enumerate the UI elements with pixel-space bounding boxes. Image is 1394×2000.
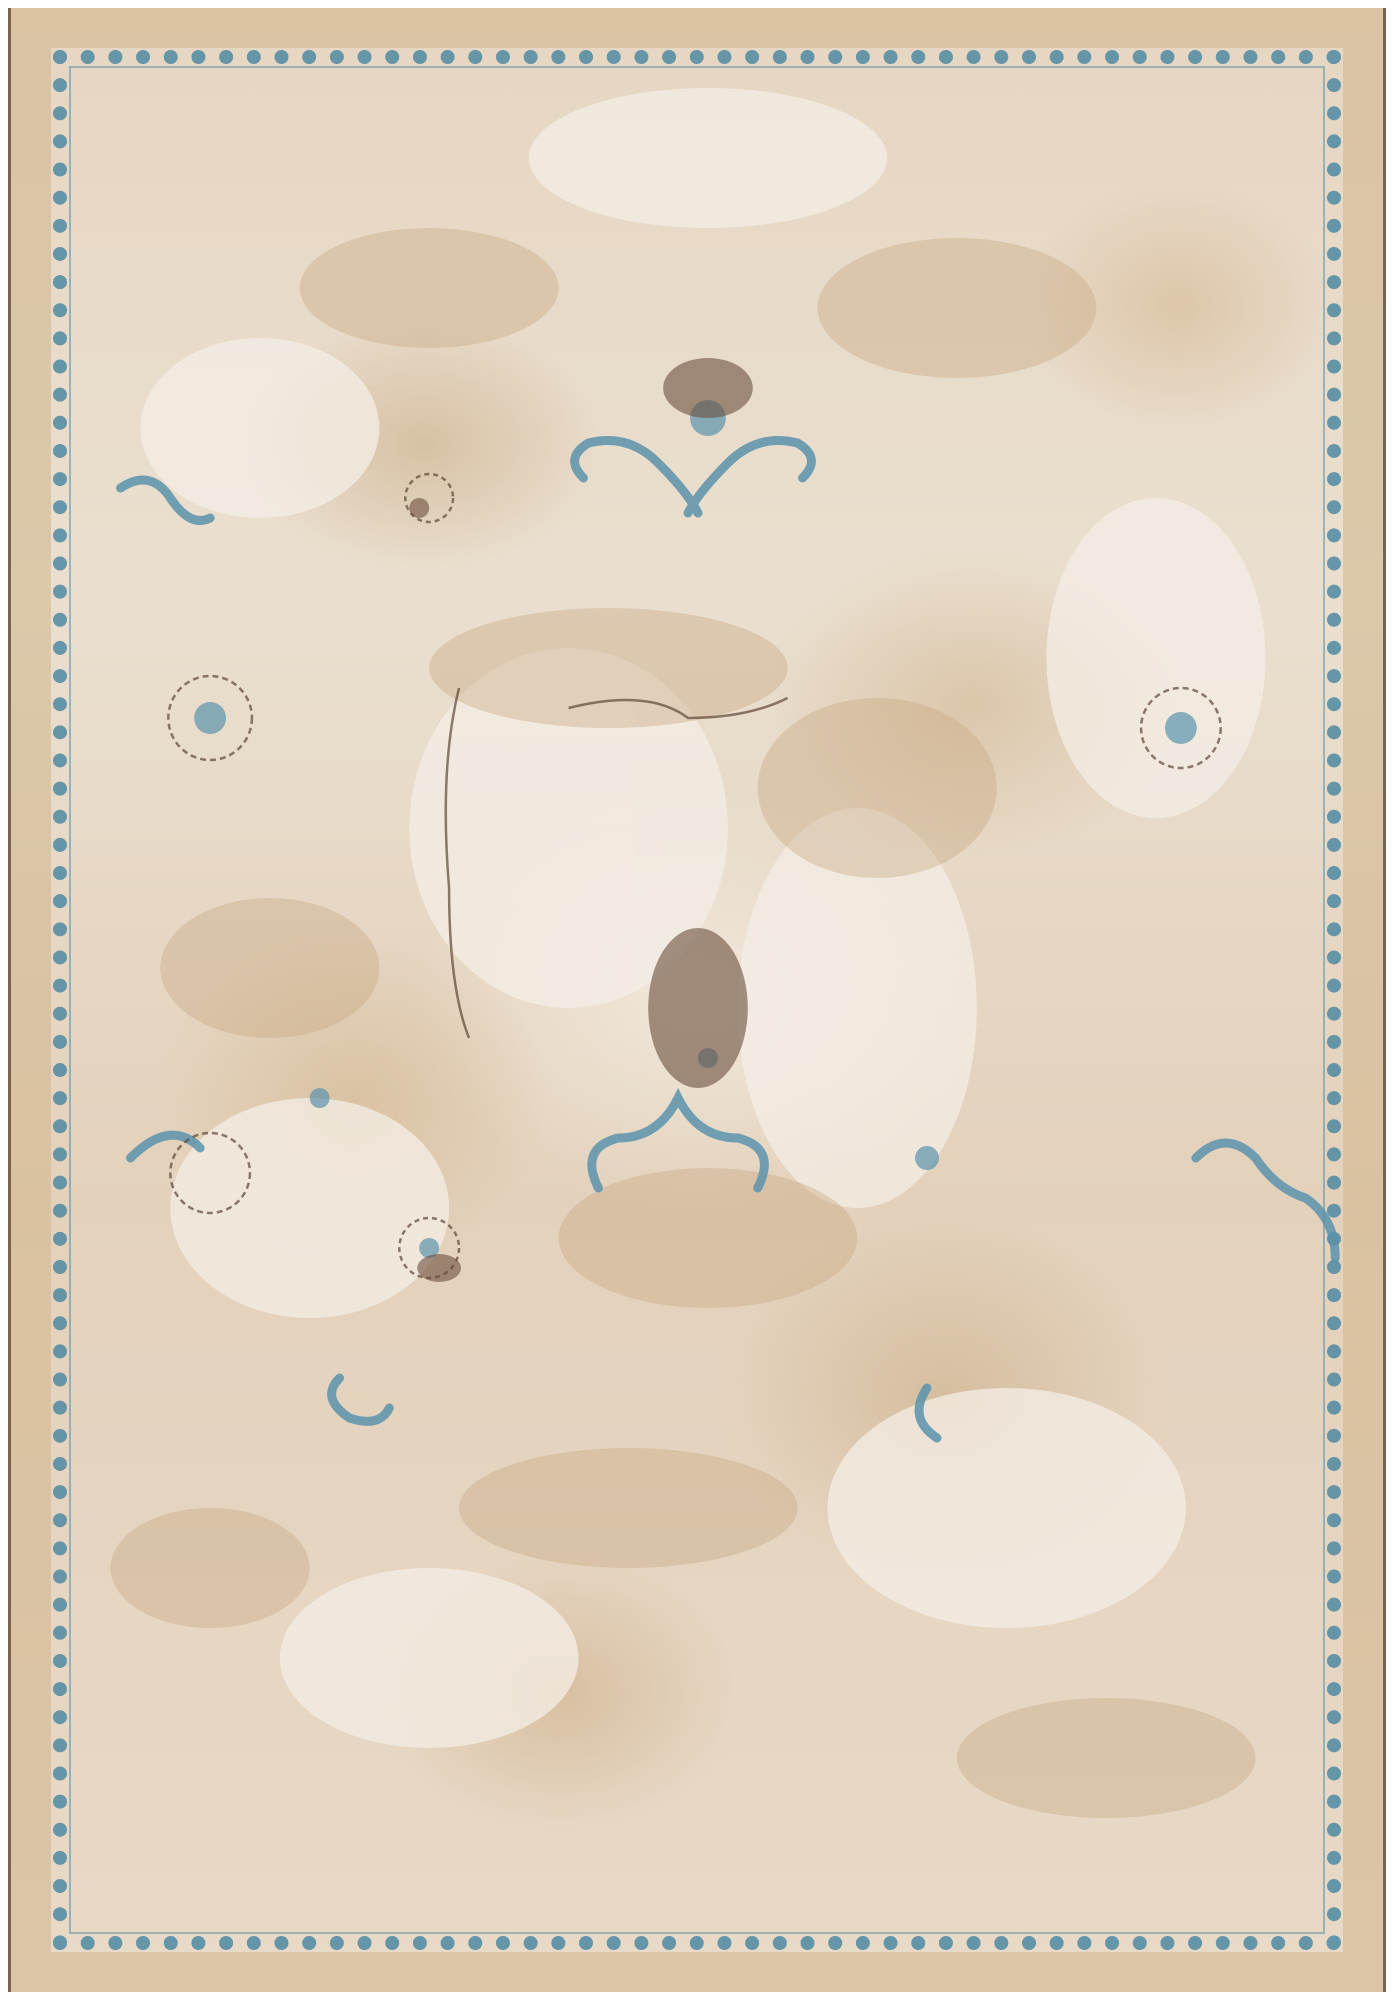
rug-motifs bbox=[11, 8, 1383, 1992]
rug: Distressed vintage Persian-style area ru… bbox=[8, 8, 1386, 1992]
